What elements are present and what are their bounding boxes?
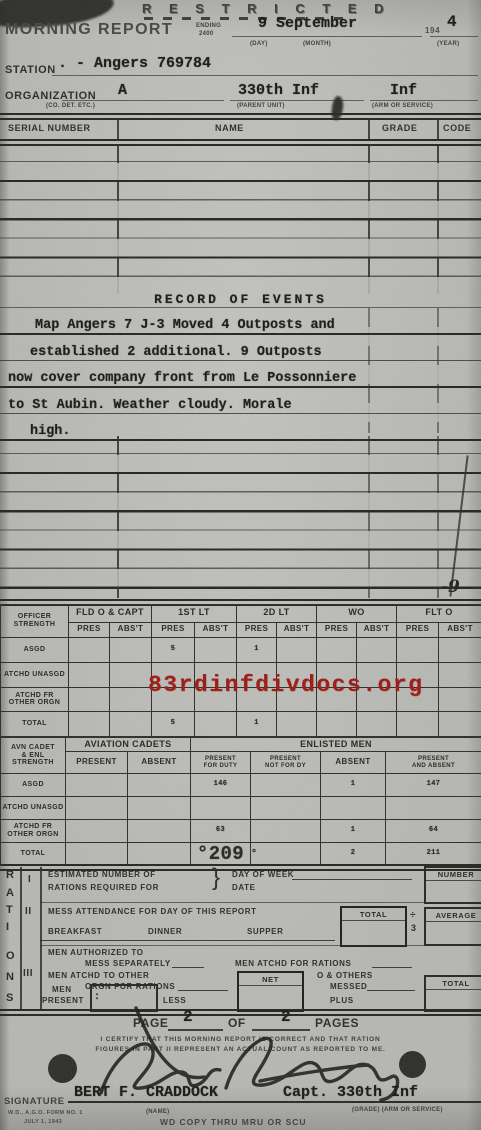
less-label: LESS: [163, 996, 186, 1005]
org-company-entry[interactable]: A: [118, 82, 127, 99]
brace-glyph: }: [212, 864, 221, 892]
section-i-numeral: I: [28, 874, 31, 885]
enlisted-row-total[interactable]: TOTAL °209 ° 2211: [1, 843, 481, 866]
men-present-box[interactable]: :: [90, 984, 158, 1012]
abst-header: ABS'T: [110, 622, 152, 637]
officer-strength-table: OFFICERSTRENGTH FLD O & CAPT 1ST LT 2D L…: [0, 604, 481, 737]
station-entry[interactable]: . - Angers 769784: [58, 55, 211, 72]
signed-grade-typed[interactable]: Capt. 330th Inf: [283, 1084, 418, 1101]
org-parent-entry[interactable]: 330th Inf: [238, 82, 319, 99]
rations-letter: T: [6, 904, 13, 916]
punch-hole-right: [399, 1051, 426, 1078]
supper-label: SUPPER: [247, 927, 284, 936]
section-divider: [0, 113, 481, 120]
pres-header: PRES: [69, 622, 110, 637]
rations-letter: S: [6, 992, 13, 1004]
mess-attendance-title: MESS ATTENDANCE FOR DAY OF THIS REPORT: [48, 907, 257, 916]
page-label: PAGE: [133, 1016, 169, 1030]
event-line: Map Angers 7 J-3 Moved 4 Outposts and: [0, 318, 335, 333]
enlisted-row-asgd[interactable]: ASGD 146 1147: [1, 774, 481, 797]
name-header: NAME: [215, 123, 244, 133]
signed-name-typed[interactable]: BERT F. CRADDOCK: [74, 1084, 218, 1101]
footer-section-rule: [0, 1009, 481, 1016]
dinner-label: DINNER: [148, 927, 182, 936]
rations-letter: N: [6, 971, 14, 983]
page-number-entry[interactable]: 2: [183, 1008, 193, 1026]
rations-total-box[interactable]: TOTAL: [424, 975, 481, 1012]
year-printed: 194: [425, 26, 440, 35]
present-label: PRESENT: [42, 996, 84, 1005]
pages-label: PAGES: [315, 1016, 359, 1030]
mess-total-box[interactable]: TOTAL: [340, 906, 407, 947]
record-of-events-title: RECORD OF EVENTS: [0, 292, 481, 307]
day-label: (DAY): [250, 41, 268, 47]
men-present-entry: :: [92, 992, 100, 1003]
present-for-duty-header: PRESENTFOR DUTY: [191, 752, 251, 774]
record-of-events-body[interactable]: Map Angers 7 J-3 Moved 4 Outposts and es…: [0, 308, 481, 441]
col-group-wo: WO: [317, 605, 397, 623]
rations-letter: R: [6, 869, 14, 881]
col-group-1st-lt: 1ST LT: [152, 605, 237, 623]
year-entry[interactable]: 4: [447, 13, 457, 31]
avn-absent-header: ABSENT: [128, 752, 191, 774]
event-line: established 2 additional. 9 Outposts: [0, 345, 322, 360]
enlisted-strength-table: AVN CADET& ENLSTRENGTH AVIATION CADETS E…: [0, 737, 481, 866]
serial-number-header: SERIAL NUMBER: [8, 123, 91, 133]
org-arm-entry[interactable]: Inf: [390, 82, 417, 99]
event-line: now cover company front from Le Possonni…: [0, 371, 356, 386]
rations-total-label: TOTAL: [426, 977, 481, 990]
men-label: MEN: [52, 985, 72, 994]
form-title: MORNING REPORT: [5, 21, 173, 39]
present-not-for-dy-header: PRESENTNOT FOR DY: [251, 752, 321, 774]
enlisted-corner-label: AVN CADET& ENLSTRENGTH: [1, 738, 66, 774]
col-group-enlisted-men: ENLISTED MEN: [191, 738, 481, 752]
ending-label: ENDING: [196, 23, 221, 29]
arm-service-label: (ARM OR SERVICE): [372, 103, 433, 109]
grade-arm-footnote-label: (GRADE) (ARM OR SERVICE): [352, 1107, 443, 1113]
date-entry[interactable]: 9 September: [258, 15, 357, 32]
col-group-aviation-cadets: AVIATION CADETS: [66, 738, 191, 752]
men-atchd-other-line1: MEN ATCHD TO OTHER: [48, 971, 149, 980]
grade-header: GRADE: [382, 123, 418, 133]
form-number-line2: JULY 1, 1943: [24, 1119, 62, 1125]
divide-by-three: 3: [411, 923, 417, 933]
rations-letter: I: [6, 921, 9, 933]
men-authorized-line2: MESS SEPARATELY: [85, 959, 171, 968]
col-group-2d-lt: 2D LT: [237, 605, 317, 623]
date-label: DATE: [232, 883, 256, 892]
margin-note: -9: [441, 577, 460, 597]
avn-present-header: PRESENT: [66, 752, 128, 774]
punch-hole-left: [48, 1054, 77, 1083]
blank-event-rows[interactable]: [0, 436, 481, 598]
o-and-others-label: O & OTHERS: [317, 971, 373, 980]
blank-roster-rows[interactable]: [0, 144, 481, 294]
messed-label: MESSED: [330, 982, 367, 991]
men-atchd-for-rations-label: MEN ATCHD FOR RATIONS: [235, 959, 351, 968]
divide-sign: ÷: [410, 910, 416, 921]
co-det-label: (CO. DET. ETC.): [46, 103, 95, 109]
watermark-text: 83rdinfdivdocs.org: [148, 672, 423, 698]
section-iii-numeral: III: [23, 968, 33, 979]
breakfast-label: BREAKFAST: [48, 927, 102, 936]
parent-unit-label: (PARENT UNIT): [237, 103, 285, 109]
event-line: to St Aubin. Weather cloudy. Morale: [0, 398, 292, 413]
certification-line1: I CERTIFY THAT THIS MORNING REPORT IS CO…: [0, 1036, 481, 1043]
officer-row-asgd[interactable]: ASGD 5 1: [1, 638, 481, 663]
officer-row-total[interactable]: TOTAL 5 1: [1, 712, 481, 737]
enlisted-row-atchd-fr-other[interactable]: ATCHD FR OTHER ORGN 63 164: [1, 820, 481, 843]
rations-required-line2: RATIONS REQUIRED FOR: [48, 883, 159, 892]
officer-corner-label: OFFICERSTRENGTH: [1, 605, 69, 638]
code-header: CODE: [443, 123, 471, 133]
of-label: OF: [228, 1016, 246, 1030]
number-box[interactable]: NUMBER: [424, 866, 481, 904]
ending-value: 2400: [199, 31, 214, 37]
form-number-line1: W.D., A.G.O. FORM NO. 1: [8, 1110, 83, 1116]
signature-label: SIGNATURE: [4, 1096, 65, 1107]
day-of-week-label: DAY OF WEEK: [232, 870, 294, 879]
men-authorized-line1: MEN AUTHORIZED TO: [48, 948, 144, 957]
section-ii-numeral: II: [25, 906, 32, 917]
mess-total-label: TOTAL: [342, 908, 405, 921]
copy-routing-note: WD COPY THRU MRU OR SCU: [160, 1117, 307, 1127]
net-box-label: NET: [239, 973, 302, 986]
col-group-fldo-capt: FLD O & CAPT: [69, 605, 152, 623]
average-box-label: AVERAGE: [426, 909, 481, 922]
average-box[interactable]: AVERAGE: [424, 907, 481, 946]
rations-required-line1: ESTIMATED NUMBER OF: [48, 870, 156, 879]
enlisted-row-atchd-unasgd[interactable]: ATCHD UNASGD: [1, 797, 481, 820]
rations-letter: O: [6, 950, 15, 962]
col-group-flt-o: FLT O: [397, 605, 481, 623]
name-footnote-label: (NAME): [146, 1109, 169, 1115]
present-and-absent-header: PRESENTAND ABSENT: [386, 752, 481, 774]
net-box[interactable]: NET: [237, 971, 304, 1012]
number-box-label: NUMBER: [426, 868, 481, 881]
station-label: STATION: [5, 64, 56, 76]
pages-number-entry[interactable]: 2: [281, 1008, 291, 1026]
rations-letter: A: [6, 887, 14, 899]
month-label: (MONTH): [303, 41, 331, 47]
em-absent-header: ABSENT: [321, 752, 386, 774]
plus-label: PLUS: [330, 996, 354, 1005]
year-label: (YEAR): [437, 41, 459, 47]
classification-stamp: R E S T R I C T E D: [142, 1, 391, 16]
